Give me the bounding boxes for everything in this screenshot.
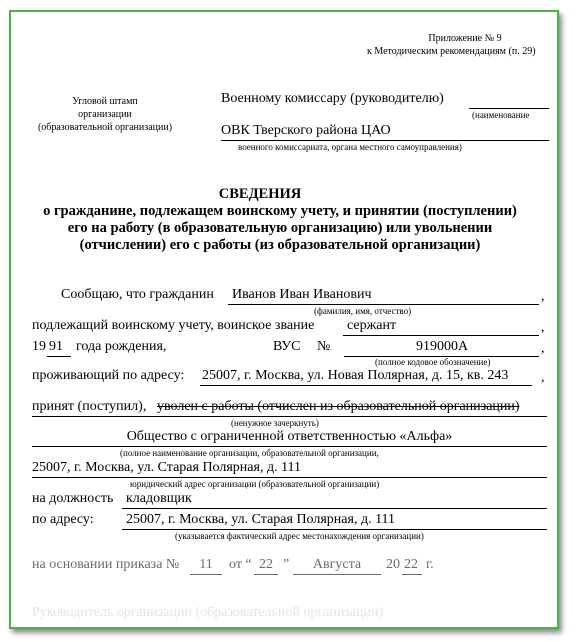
order-year-prefix: 20 xyxy=(386,557,400,573)
appendix-line-1: Приложение № 9 xyxy=(400,33,530,44)
birth-year-prefix: 19 xyxy=(32,339,46,355)
organization-legal-address[interactable]: 25007, г. Москва, ул. Старая Полярная, д… xyxy=(32,460,301,476)
stamp-line-2: организации xyxy=(30,109,180,120)
stamp-line-1: Угловой штамп xyxy=(30,96,180,107)
vus-number-sign: № xyxy=(317,339,330,355)
citizen-name-line xyxy=(228,304,539,305)
addressee-line-1 xyxy=(469,108,549,109)
citizen-intro: Сообщаю, что гражданин xyxy=(61,287,214,303)
position-label: на должность xyxy=(32,491,113,507)
citizen-name-hint: (фамилия, имя, отчество) xyxy=(314,306,411,316)
status-hint: (ненужное зачеркнуть) xyxy=(231,418,319,428)
birth-year-suffix[interactable]: 91 xyxy=(49,339,63,355)
order-year-suffix[interactable]: 22 xyxy=(404,557,418,573)
organization-name-line xyxy=(32,446,547,447)
work-address-line xyxy=(122,529,547,530)
organization-legal-hint: юридический адрес организации (образоват… xyxy=(130,479,379,489)
order-day-line xyxy=(254,574,278,575)
vus-hint: (полное кодовое обозначение) xyxy=(375,357,490,367)
document-subtitle-1: о гражданине, подлежащем воинскому учету… xyxy=(30,203,530,220)
vus-label: ВУС xyxy=(273,339,300,355)
document-subtitle-2: его на работу (в образовательную организ… xyxy=(30,220,530,237)
organization-name[interactable]: Общество с ограниченной ответственностью… xyxy=(32,429,547,445)
organization-legal-line xyxy=(32,477,547,478)
rank-label: подлежащий воинскому учету, воинское зва… xyxy=(32,318,314,334)
vus-value[interactable]: 919000А xyxy=(344,339,540,355)
order-month[interactable]: Августа xyxy=(293,557,381,573)
appendix-line-2: к Методическим рекомендациям (п. 29) xyxy=(367,46,536,57)
position-value[interactable]: кладовщик xyxy=(126,491,192,507)
order-year-line xyxy=(402,574,422,575)
citizen-name[interactable]: Иванов Иван Иванович xyxy=(232,287,371,303)
work-address-hint: (указывается фактический адрес местонахо… xyxy=(175,531,424,541)
order-from-label: от “ xyxy=(229,557,252,573)
work-address-value[interactable]: 25007, г. Москва, ул. Старая Полярная, д… xyxy=(126,512,395,528)
addressee-line-2 xyxy=(221,140,549,141)
order-quote-close: ” xyxy=(283,557,289,573)
stamp-line-3: (образовательной организации) xyxy=(30,122,180,133)
addressee-label: Военному комиссару (руководителю) xyxy=(221,91,444,107)
order-number[interactable]: 11 xyxy=(190,557,222,573)
addressee-value[interactable]: ОВК Тверского района ЦАО xyxy=(221,123,391,139)
address-label: проживающий по адресу: xyxy=(32,368,184,384)
order-year-unit: г. xyxy=(426,557,434,573)
address-value[interactable]: 25007, г. Москва, ул. Новая Полярная, д.… xyxy=(202,368,508,384)
comma-3: , xyxy=(541,341,545,357)
comma-2: , xyxy=(541,320,545,336)
status-accepted[interactable]: принят (поступил), xyxy=(32,399,146,415)
comma-4: , xyxy=(541,370,545,386)
addressee-hint-1: (наименование xyxy=(472,110,529,120)
order-number-line xyxy=(190,574,222,575)
birth-label: года рождения, xyxy=(76,339,166,355)
order-label: на основании приказа № xyxy=(32,557,179,573)
addressee-hint-2: военного комиссариата, органа местного с… xyxy=(238,142,462,152)
document-subtitle-3: (отчислении) его с работы (из образовате… xyxy=(30,237,530,254)
status-line xyxy=(32,416,547,417)
work-address-label: по адресу: xyxy=(32,512,94,528)
document-heading: СВЕДЕНИЯ xyxy=(10,186,510,203)
organization-name-hint: (полное наименование организации, образо… xyxy=(120,448,379,458)
comma-1: , xyxy=(541,289,545,305)
order-month-line xyxy=(293,574,381,575)
order-day[interactable]: 22 xyxy=(254,557,278,573)
address-line xyxy=(200,385,532,386)
rank-value[interactable]: сержант xyxy=(347,318,396,334)
head-signature-label: Руководитель организации (образовательно… xyxy=(32,605,383,621)
status-dismissed[interactable]: уволен с работы (отчислен из образовател… xyxy=(157,399,520,415)
rank-line xyxy=(343,335,539,336)
position-line xyxy=(122,508,547,509)
birth-year-line xyxy=(47,356,71,357)
